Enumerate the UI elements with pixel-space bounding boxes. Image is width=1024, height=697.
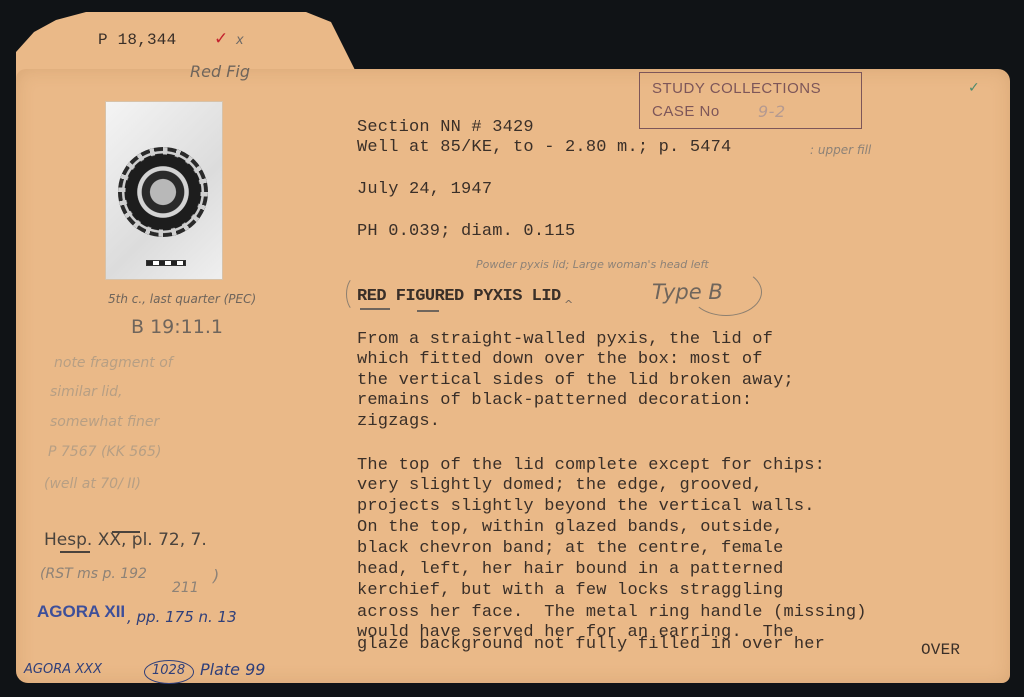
pencil-red-fig-note: Red Fig <box>190 62 250 81</box>
agora-xii-pages: , pp. 175 n. 13 <box>127 608 237 626</box>
faint-note-line: somewhat finer <box>50 414 159 430</box>
description-para2-line: black chevron band; at the centre, femal… <box>357 539 783 560</box>
faint-note-line: P 7567 (KK 565) <box>48 444 161 460</box>
well-line: Well at 85/KE, to - 2.80 m.; p. 5474 <box>357 138 731 159</box>
pencil-underline <box>60 551 90 553</box>
scale-bar-icon <box>146 260 186 266</box>
stamp-line1: STUDY COLLECTIONS <box>652 80 821 97</box>
pencil-overline <box>112 531 140 533</box>
over-marker: OVER <box>921 640 960 661</box>
description-para1-line: remains of black-patterned decoration: <box>357 391 752 412</box>
stamp-line2: CASE No <box>652 103 720 120</box>
agora-xxx-number: 1028 <box>152 663 185 678</box>
artifact-photo <box>106 102 222 279</box>
green-check-icon: ✓ <box>968 80 980 96</box>
pyxis-lid-image <box>118 147 208 237</box>
agora-xii-stamp: AGORA XII <box>37 602 125 622</box>
red-check-icon: ✓ <box>214 29 228 49</box>
agora-xxx-note: AGORA XXX <box>24 662 102 677</box>
rst-close-paren: ) <box>213 566 219 585</box>
powder-pyxis-note: Powder pyxis lid; Large woman's head lef… <box>476 258 709 271</box>
description-para2-line: projects slightly beyond the vertical wa… <box>357 497 815 518</box>
faint-note-line: (well at 70/ II) <box>44 476 141 492</box>
title-caret-mark: ^ <box>564 298 573 311</box>
dimensions-line: PH 0.039; diam. 0.115 <box>357 222 575 243</box>
pencil-underline <box>417 310 439 312</box>
description-para2-line: across her face. The metal ring handle (… <box>357 603 867 624</box>
agora-xxx-plate: Plate 99 <box>200 660 265 679</box>
pencil-underline <box>360 308 390 310</box>
description-para2-line: head, left, her hair bound in a patterne… <box>357 560 783 581</box>
hesperia-reference: Hesp. XX, pl. 72, 7. <box>44 530 207 550</box>
rst-reference: (RST ms p. 192 <box>40 566 147 582</box>
faint-note-line: similar lid, <box>50 384 123 400</box>
description-para1-line: which fitted down over the box: most of <box>357 350 763 371</box>
date-note: 5th c., last quarter (PEC) <box>108 292 256 306</box>
description-para1-line: the vertical sides of the lid broken awa… <box>357 371 794 392</box>
object-title: RED FIGURED PYXIS LID <box>357 287 561 308</box>
rst-reference-corrected: 211 <box>172 580 199 596</box>
faint-note-line: note fragment of <box>54 355 173 371</box>
description-para1-line: From a straight-walled pyxis, the lid of <box>357 330 773 351</box>
upper-fill-note: : upper fill <box>810 143 871 157</box>
case-number-value: 9-2 <box>758 102 786 121</box>
description-para2-line: The top of the lid complete except for c… <box>357 456 825 477</box>
description-para2-line: very slightly domed; the edge, grooved, <box>357 476 763 497</box>
description-para2-line: glaze background not fully filled in ove… <box>357 635 825 656</box>
date-line: July 24, 1947 <box>357 180 492 201</box>
catalog-number: P 18,344 <box>98 30 176 51</box>
section-line: Section NN # 3429 <box>357 118 534 139</box>
chevron-band-pattern <box>118 147 208 237</box>
description-para2-line: On the top, within glazed bands, outside… <box>357 518 783 539</box>
description-para1-line: zigzags. <box>357 412 440 433</box>
grey-x-mark: x <box>236 33 244 48</box>
classification-code: B 19:11.1 <box>131 316 223 338</box>
pencil-paren-right <box>690 268 762 316</box>
study-collections-stamp: STUDY COLLECTIONS CASE No 9-2 <box>639 72 862 129</box>
description-para2-line: kerchief, but with a few locks stragglin… <box>357 581 783 602</box>
